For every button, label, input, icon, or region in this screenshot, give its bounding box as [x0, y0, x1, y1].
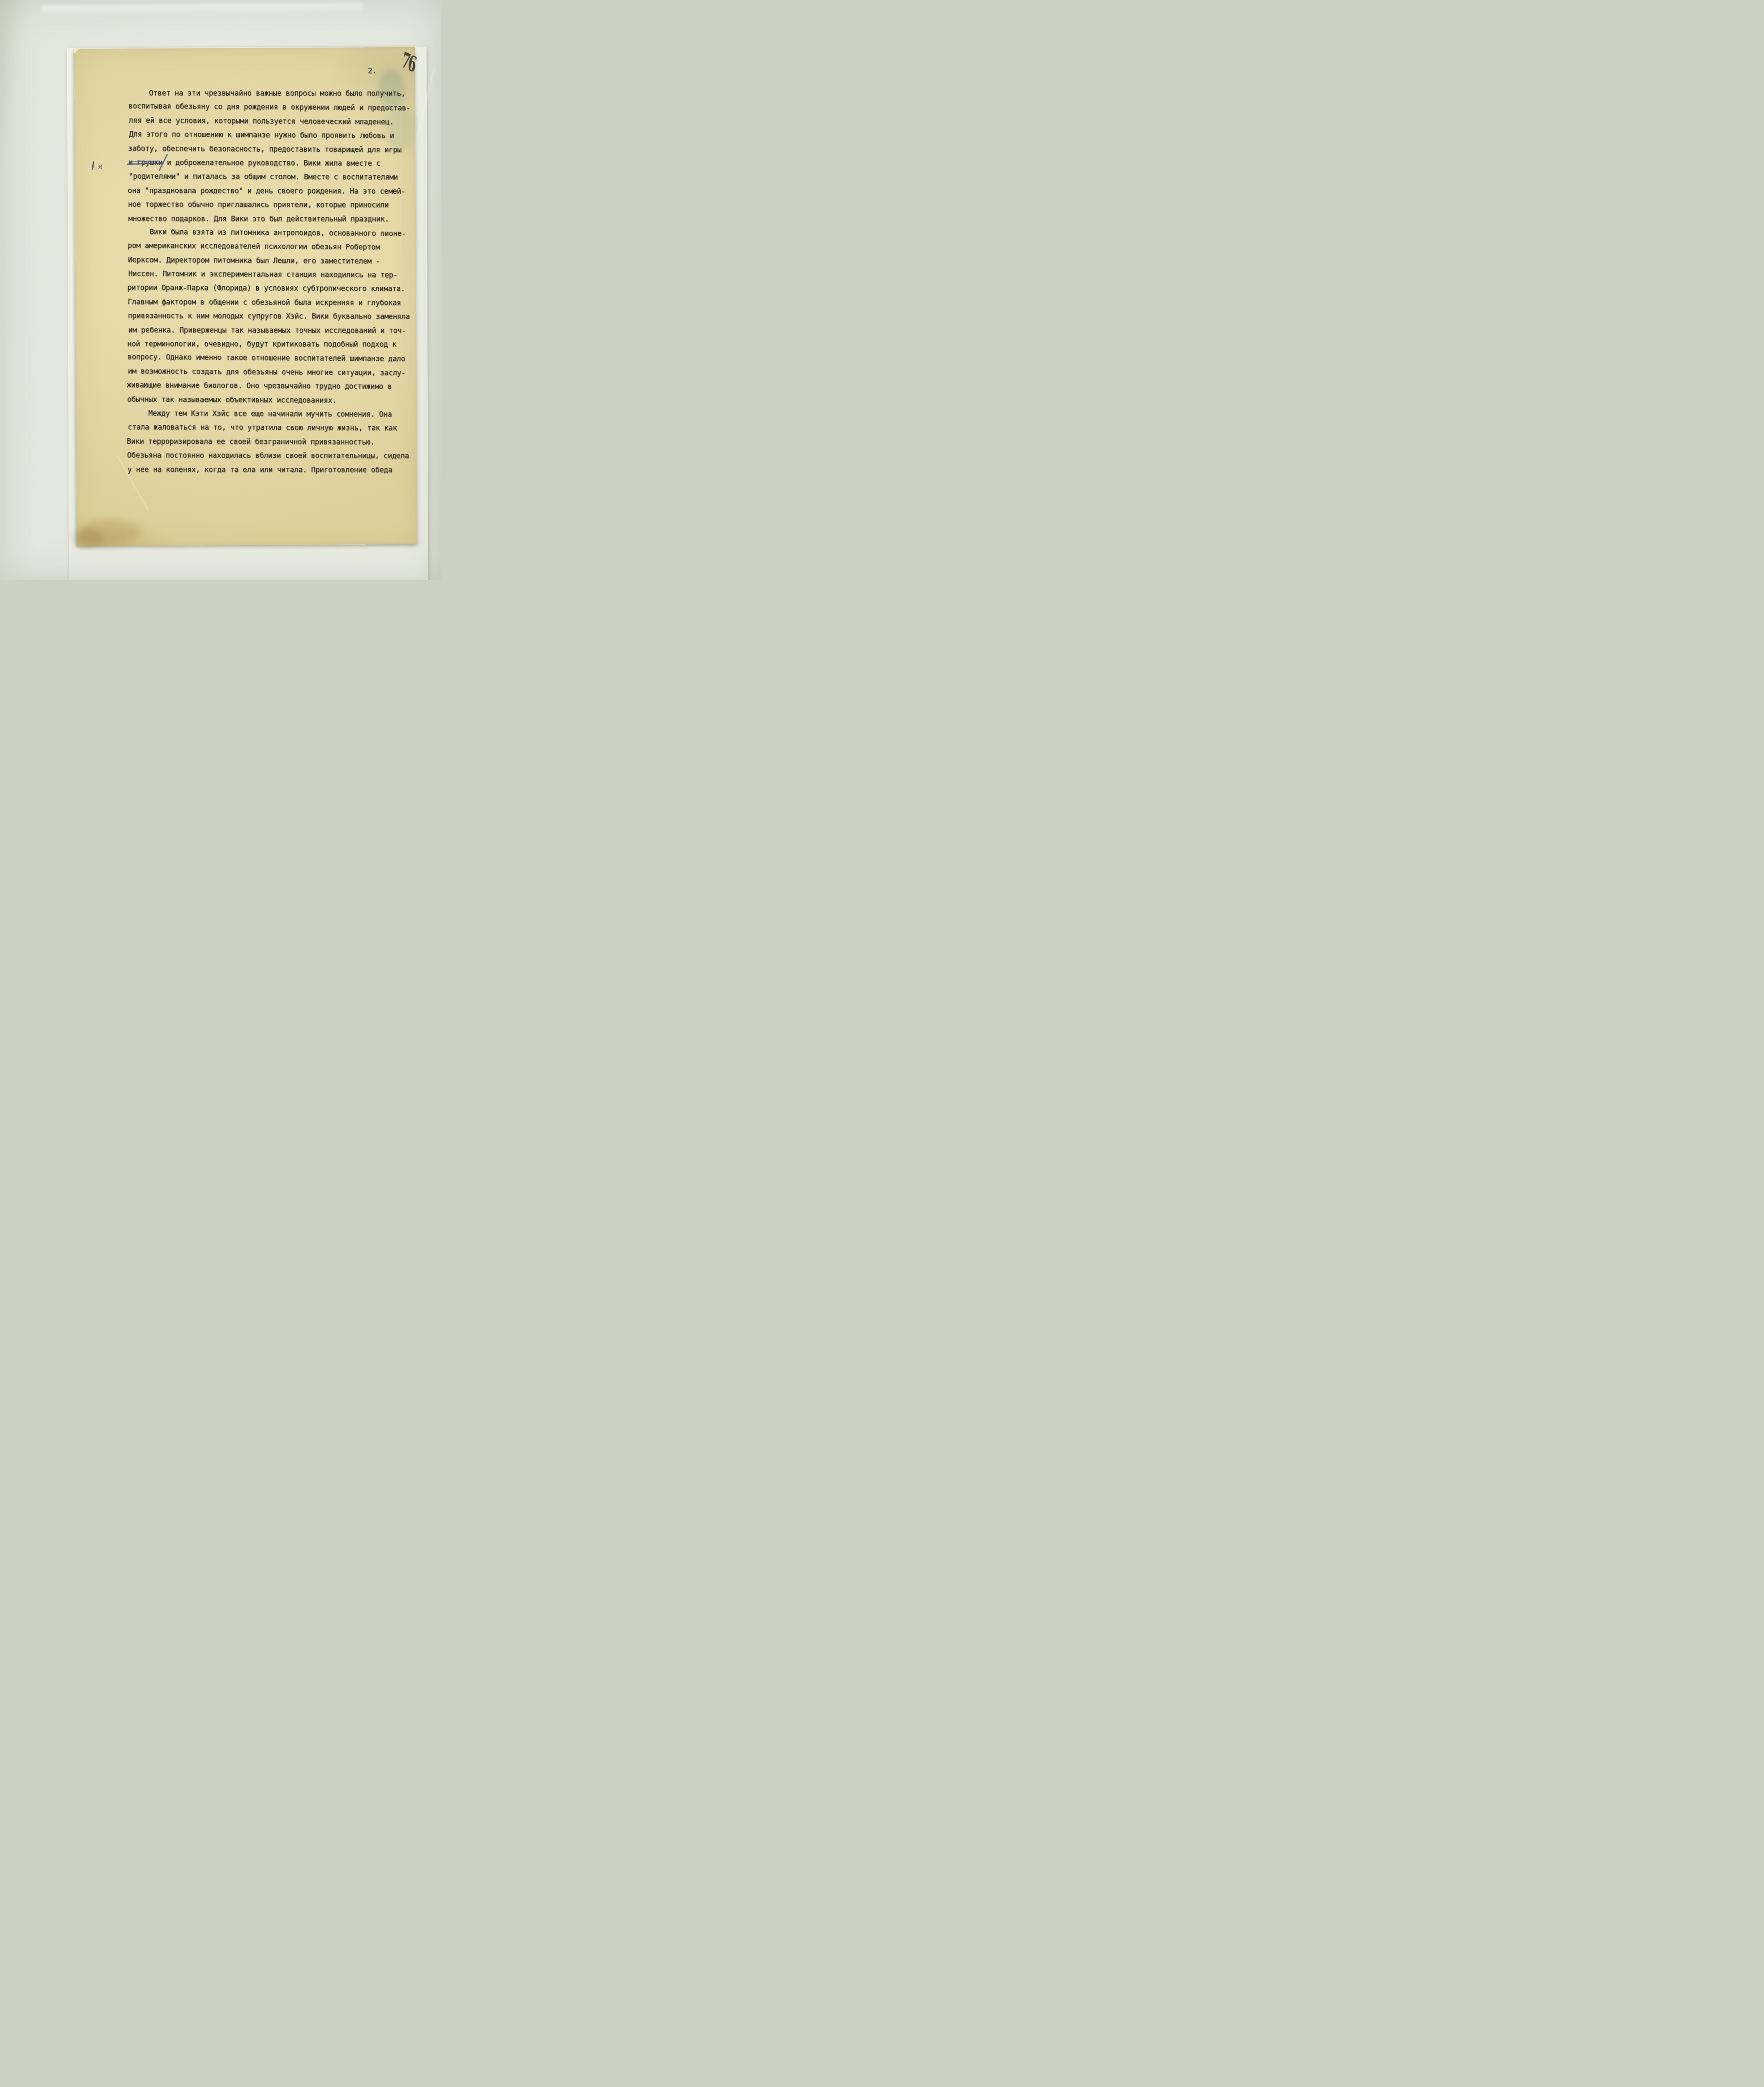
- typed-line: "родителями" и питалась за общим столом.…: [129, 170, 417, 185]
- typed-line: она "праздновала рождество" и день своег…: [128, 184, 416, 199]
- typed-line: Вики терроризировала ее своей безграничн…: [127, 435, 415, 450]
- typed-line: Между тем Кэти Хэйс все еще начинали муч…: [127, 407, 415, 422]
- typed-line: у нее на коленях, когда та ела или читал…: [127, 463, 415, 477]
- typed-line: привязанность к ним молодых супругов Хэй…: [128, 309, 416, 324]
- page-corner-fold: [74, 49, 79, 53]
- typed-line: ной терминологии, очевидно, будут критик…: [127, 337, 415, 351]
- background-fold-highlight: [42, 3, 363, 16]
- typed-line: стала жаловаться на то, что утратила сво…: [128, 421, 416, 436]
- typed-line: ром американских исследователей психолог…: [128, 239, 416, 255]
- struck-out-text: и грушки: [128, 156, 162, 170]
- typed-line: заботу, обеспечить безопасность, предост…: [128, 142, 416, 157]
- typed-line: Ответ на эти чрезвычайно важные вопросы …: [128, 86, 416, 101]
- typed-line: и грушки и доброжелательное руководство.…: [128, 156, 416, 171]
- correction-stroke-mark: [92, 161, 94, 170]
- margin-correction-note: я: [91, 161, 108, 175]
- typed-line: множество подарков. Для Вики это был дей…: [128, 212, 416, 226]
- typed-lines: Ответ на эти чрезвычайно важные вопросы …: [127, 86, 417, 478]
- typed-line: Иерксом. Директором питомника был Лешли,…: [128, 253, 416, 269]
- typed-line: Главным фактором в общении с обезьяной б…: [128, 296, 416, 311]
- typed-line: Ниссен. Питомник и экспериментальная ста…: [128, 267, 416, 283]
- typed-line: Для этого по отношению к шимпанзе нужно …: [129, 128, 417, 143]
- typed-line: им возможность создать для обезьяны очен…: [128, 365, 416, 381]
- typed-line: ритории Оранж-Парка (Флорида) в условиях…: [127, 281, 415, 296]
- corner-discoloration: [73, 529, 103, 547]
- handwritten-folio-number: 76: [401, 48, 416, 76]
- typed-line: ляя ей все условия, которыми пользуется …: [129, 114, 417, 130]
- correction-letter: я: [97, 163, 103, 171]
- typed-line: живающие внимание биологов. Оно чрезвыча…: [127, 379, 415, 394]
- typed-line: вопросу. Однако именно такое отношение в…: [127, 351, 415, 366]
- typed-line: воспитывая обезьяну со дня рождения в ок…: [129, 100, 417, 116]
- typed-line: ное торжество обычно приглашались прияте…: [128, 198, 416, 212]
- corner-discoloration: [78, 519, 141, 545]
- typed-line: обычных так называемых объективных иссле…: [127, 393, 415, 408]
- typed-line: им ребенка. Приверженцы так называемых т…: [128, 323, 416, 338]
- document-page: 76 2. я Ответ на эти чрезвычайно важные …: [74, 47, 417, 546]
- typed-line: Вики была взята из питомника антропоидов…: [129, 225, 417, 241]
- typed-page-number: 2.: [368, 66, 377, 75]
- strike-tail-mark: [159, 154, 168, 171]
- typed-line: Обезьяна постоянно находилась вблизи сво…: [127, 449, 415, 463]
- scan-background: 76 2. я Ответ на эти чрезвычайно важные …: [0, 0, 441, 580]
